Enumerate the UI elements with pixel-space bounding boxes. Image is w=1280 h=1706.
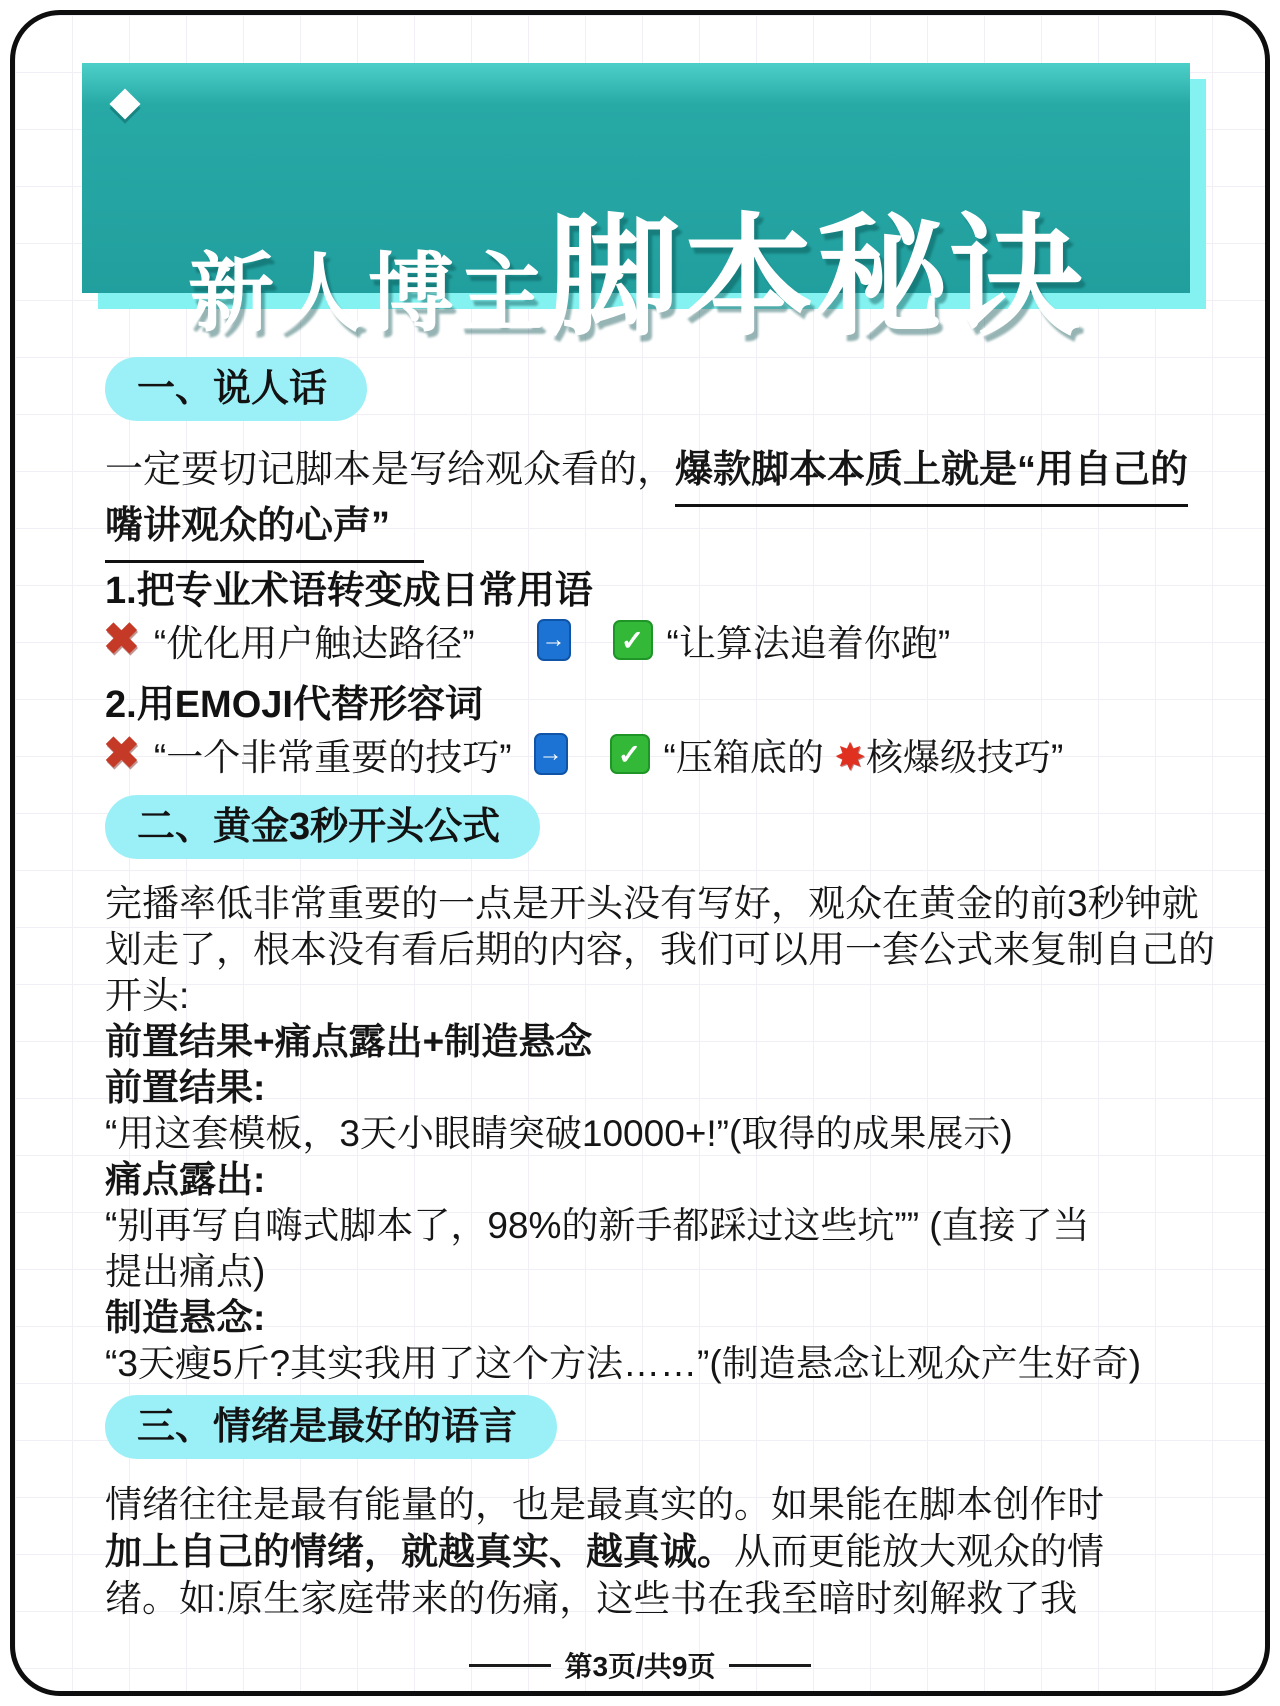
good-example-1: “让算法追着你跑” — [667, 613, 951, 667]
body-line: 情绪往往是最有能量的，也是最真实的。如果能在脚本创作时 — [105, 1481, 1215, 1528]
intro-line-2: 嘴讲观众的心声” — [105, 501, 1215, 557]
check-mark-icon: ✓ — [613, 620, 653, 660]
example-line: “别再写自嗨式脚本了，98%的新手都踩过这些坑”” (直接了当 — [105, 1203, 1215, 1249]
formula-part-label: 前置结果: — [105, 1065, 1215, 1111]
page-indicator: 第3页/共9页 — [565, 1645, 716, 1685]
intro-line-1: 一定要切记脚本是写给观众看的，爆款脚本本质上就是“用自己的 — [105, 445, 1215, 501]
section-1-intro: 一定要切记脚本是写给观众看的，爆款脚本本质上就是“用自己的 嘴讲观众的心声” — [105, 445, 1215, 557]
bad-example-2: “一个非常重要的技巧” — [154, 727, 512, 781]
body-line: 加上自己的情绪，就越真实、越真诚。从而更能放大观众的情 — [105, 1528, 1215, 1575]
formula-part-label: 制造悬念: — [105, 1295, 1215, 1341]
body-line: 开头: — [105, 973, 1215, 1019]
section-3-heading: 三、情绪是最好的语言 — [105, 1395, 557, 1459]
body-text: 从而更能放大观众的情 — [734, 1531, 1104, 1572]
page-footer: 第3页/共9页 — [15, 1645, 1265, 1685]
example-row-2: ✖ “一个非常重要的技巧” → ✓ “压箱底的 ✸核爆级技巧” — [103, 727, 1063, 781]
arrow-right-icon: → — [534, 733, 568, 775]
check-glyph: ✓ — [618, 738, 641, 771]
title-prefix: 新人博主 — [188, 224, 548, 348]
tip-2-label: 2.用EMOJI代替形容词 — [105, 673, 483, 728]
arrow-glyph: → — [539, 740, 563, 768]
example-row-1: ✖ “优化用户触达路径” → ✓ “让算法追着你跑” — [103, 613, 950, 667]
arrow-right-icon: → — [537, 619, 571, 661]
page-title: 新人博主脚本秘诀 — [82, 63, 1190, 293]
footer-divider-right — [729, 1664, 811, 1667]
example-line: “3天瘦5斤?其实我用了这个方法……”(制造悬念让观众产生好奇) — [105, 1341, 1215, 1387]
section-1-heading: 一、说人话 — [105, 357, 367, 421]
intro-bold-text-1: 爆款脚本本质上就是“用自己的 — [675, 445, 1188, 507]
body-line: 绪。如:原生家庭带来的伤痛，这些书在我至暗时刻解救了我 — [105, 1575, 1215, 1622]
infographic-page: 新人博主脚本秘诀 一、说人话 一定要切记脚本是写给观众看的，爆款脚本本质上就是“… — [0, 0, 1280, 1706]
formula-part-label: 痛点露出: — [105, 1157, 1215, 1203]
good-example-2: “压箱底的 ✸核爆级技巧” — [664, 727, 1064, 781]
example-line: “用这套模板，3天小眼睛突破10000+!”(取得的成果展示) — [105, 1111, 1215, 1157]
title-main: 脚本秘诀 — [548, 171, 1084, 361]
intro-bold-text-2: 嘴讲观众的心声” — [105, 501, 424, 563]
formula-line: 前置结果+痛点露出+制造悬念 — [105, 1019, 1215, 1065]
burst-icon: ✸ — [834, 737, 866, 779]
title-banner: 新人博主脚本秘诀 — [82, 63, 1190, 293]
check-mark-icon: ✓ — [610, 734, 650, 774]
cross-mark-icon: ✖ — [103, 732, 140, 776]
intro-normal-text: 一定要切记脚本是写给观众看的， — [105, 449, 675, 491]
section-2-body: 完播率低非常重要的一点是开头没有写好，观众在黄金的前3秒钟就 划走了，根本没有看… — [105, 881, 1215, 1387]
content-card: 新人博主脚本秘诀 一、说人话 一定要切记脚本是写给观众看的，爆款脚本本质上就是“… — [10, 10, 1270, 1696]
tip-1-label: 1.把专业术语转变成日常用语 — [105, 559, 593, 614]
bad-example-1: “优化用户触达路径” — [154, 613, 475, 667]
check-glyph: ✓ — [621, 624, 644, 657]
section-2-heading: 二、黄金3秒开头公式 — [105, 795, 540, 859]
good-example-2-suffix: 核爆级技巧” — [866, 737, 1063, 778]
emphasis-text: 加上自己的情绪，就越真实、越真诚。 — [105, 1531, 734, 1572]
good-example-2-prefix: “压箱底的 — [664, 737, 835, 778]
cross-mark-icon: ✖ — [103, 618, 140, 662]
body-line: 划走了，根本没有看后期的内容，我们可以用一套公式来复制自己的 — [105, 927, 1215, 973]
body-line: 完播率低非常重要的一点是开头没有写好，观众在黄金的前3秒钟就 — [105, 881, 1215, 927]
section-3-body: 情绪往往是最有能量的，也是最真实的。如果能在脚本创作时 加上自己的情绪，就越真实… — [105, 1481, 1215, 1622]
arrow-glyph: → — [542, 626, 566, 654]
footer-divider-left — [469, 1664, 551, 1667]
example-line: 提出痛点) — [105, 1249, 1215, 1295]
